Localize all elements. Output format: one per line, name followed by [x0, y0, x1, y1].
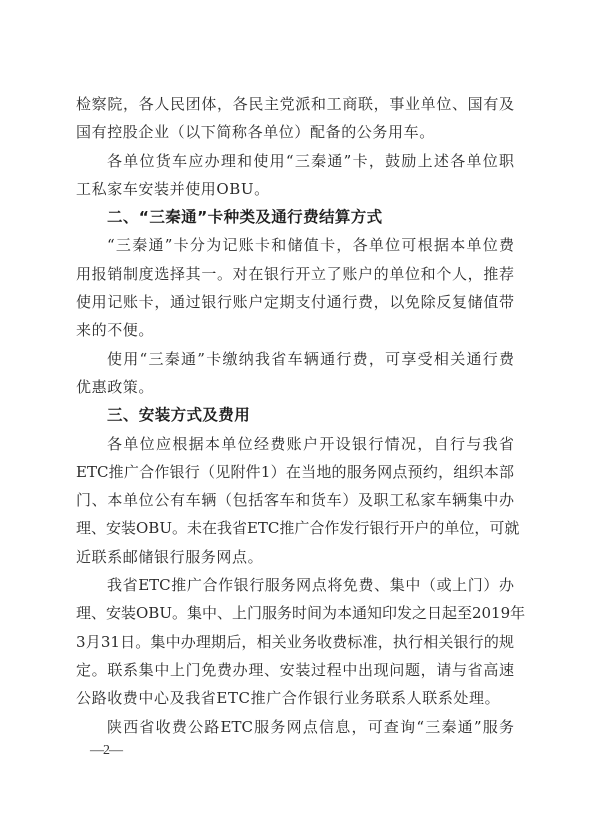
paragraph-start-line: 我省ETC推广合作银行服务网点将免费、集中（或上门）办: [76, 571, 514, 599]
body-line: ETC推广合作银行（见附件1）在当地的服务网点预约，组织本部: [76, 458, 514, 486]
section-heading-2: 二、“三秦通”卡种类及通行费结算方式: [76, 203, 514, 231]
body-line: 检察院，各人民团体，各民主党派和工商联，事业单位、国有及: [76, 90, 514, 118]
paragraph-start-line: “三秦通”卡分为记账卡和储值卡，各单位可根据本单位费: [76, 231, 514, 259]
paragraph-start-line: 各单位货车应办理和使用“三秦通”卡，鼓励上述各单位职: [76, 147, 514, 175]
body-line: 3月31日。集中办理期后，相关业务收费标准，执行相关银行的规: [76, 628, 514, 656]
body-line: 门、本单位公有车辆（包括客车和货车）及职工私家车辆集中办: [76, 486, 514, 514]
body-line: 定。联系集中上门免费办理、安装过程中出现问题，请与省高速: [76, 656, 514, 684]
body-line: 公路收费中心及我省ETC推广合作银行业务联系人联系处理。: [76, 684, 514, 712]
paragraph-start-line: 使用“三秦通”卡缴纳我省车辆通行费，可享受相关通行费: [76, 345, 514, 373]
section-heading-3: 三、安装方式及费用: [76, 401, 514, 429]
body-line: 理、安装OBU。集中、上门服务时间为本通知印发之日起至2019年: [76, 599, 514, 627]
paragraph-start-line: 各单位应根据本单位经费账户开设银行情况，自行与我省: [76, 430, 514, 458]
page-number: —2—: [90, 743, 122, 759]
body-line: 用报销制度选择其一。对在银行开立了账户的单位和个人，推荐: [76, 260, 514, 288]
body-line: 使用记账卡，通过银行账户定期支付通行费，以免除反复储值带: [76, 288, 514, 316]
body-line: 近联系邮储银行服务网点。: [76, 543, 514, 571]
body-line: 工私家车安装并使用OBU。: [76, 175, 514, 203]
body-line: 来的不便。: [76, 316, 514, 344]
paragraph-start-line: 陕西省收费公路ETC服务网点信息，可查询“三秦通”服务: [76, 713, 514, 741]
body-line: 国有控股企业（以下简称各单位）配备的公务用车。: [76, 118, 514, 146]
document-page: 检察院，各人民团体，各民主党派和工商联，事业单位、国有及 国有控股企业（以下简称…: [76, 90, 514, 741]
body-line: 理、安装OBU。未在我省ETC推广合作发行银行开户的单位，可就: [76, 514, 514, 542]
body-line: 优惠政策。: [76, 373, 514, 401]
